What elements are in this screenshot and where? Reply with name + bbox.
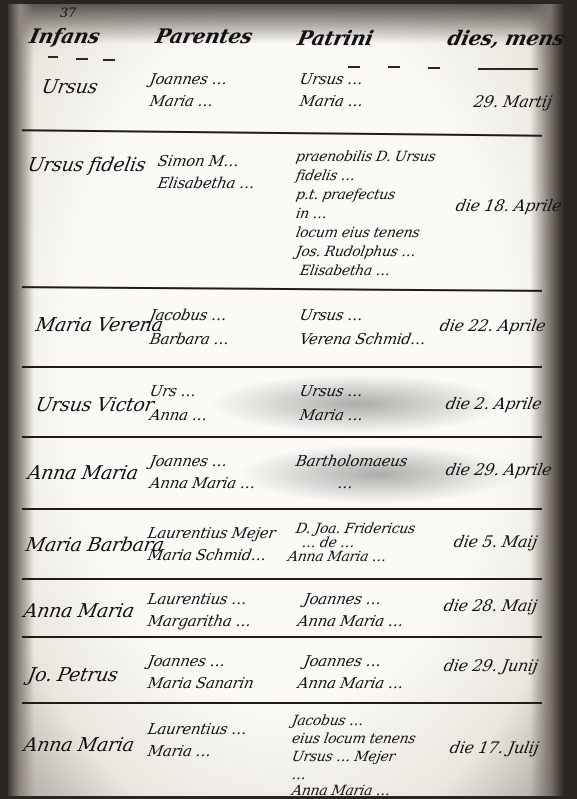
header-dash — [428, 67, 440, 69]
entry-divider — [22, 578, 542, 580]
entry-7-mother: Margaritha … — [146, 610, 253, 632]
entry-9-patrini-line-5: Anna Maria … — [290, 782, 391, 796]
entry-7-infans: Anna Maria — [22, 600, 136, 622]
entry-4-godfather: Ursus … — [298, 380, 364, 402]
entry-9-mother: Maria … — [146, 740, 213, 762]
entry-8-father: Joannes … — [146, 650, 227, 672]
header-parentes: Parentes — [153, 24, 254, 48]
entry-9-infans: Anna Maria — [22, 734, 136, 756]
entry-5-date: die 29. Aprile — [444, 460, 553, 479]
entry-9-father: Laurentius … — [146, 718, 249, 740]
entry-6-infans: Maria Barbara — [24, 534, 166, 556]
entry-divider — [22, 366, 542, 368]
entry-4-father: Urs … — [148, 380, 198, 402]
entry-2-patrini-line-7: Elisabetha … — [298, 262, 391, 281]
header-infans: Infans — [27, 24, 102, 48]
header-dash — [76, 58, 88, 60]
entry-8-godmother: Anna Maria … — [296, 672, 405, 694]
entry-4-mother: Anna … — [148, 404, 209, 426]
entry-divider — [22, 436, 542, 438]
entry-2-patrini-line-3: p.t. praefectus — [294, 186, 396, 205]
entry-8-godfather: Joannes … — [302, 650, 383, 672]
entry-9-patrini-line-3: Ursus … Mejer — [290, 748, 396, 767]
entry-3-godfather: Ursus … — [298, 304, 364, 326]
entry-8-infans: Jo. Petrus — [26, 664, 120, 686]
entry-divider — [22, 508, 542, 510]
entry-2-mother: Elisabetha … — [156, 172, 256, 194]
entry-6-patrini-line-3: Anna Maria … — [286, 548, 387, 567]
entry-9-patrini-line-2: eius locum tenens — [290, 730, 417, 749]
entry-divider — [22, 702, 542, 704]
entry-9-patrini-line-1: Jacobus … — [290, 712, 365, 731]
entry-6-father: Laurentius Mejer — [146, 522, 277, 544]
entry-1-date: 29. Martij — [472, 92, 553, 111]
entry-2-patrini-line-5: locum eius tenens — [294, 224, 421, 243]
header-rule — [478, 68, 538, 70]
header-dash — [388, 66, 400, 68]
entry-2-father: Simon M… — [156, 150, 241, 172]
entry-divider — [22, 286, 542, 292]
entry-1-mother: Maria … — [148, 90, 215, 112]
entry-8-date: die 29. Junij — [442, 656, 539, 675]
entry-5-father: Joannes … — [148, 450, 229, 472]
entry-8-mother: Maria Sanarin — [146, 672, 255, 694]
entry-2-patrini-line-2: fidelis … — [294, 167, 356, 186]
entry-6-mother: Maria Schmid… — [146, 544, 268, 566]
entry-3-infans: Maria Verena — [34, 314, 165, 336]
entry-7-father: Laurentius … — [146, 588, 249, 610]
entry-4-godmother: Maria … — [298, 404, 365, 426]
entry-2-date: die 18. Aprile — [454, 196, 563, 215]
entry-2-patrini-line-4: in … — [294, 205, 328, 224]
entry-4-date: die 2. Aprile — [444, 394, 543, 413]
entry-3-godmother: Verena Schmid… — [298, 328, 427, 350]
entry-1-father: Joannes … — [148, 68, 229, 90]
header-dash — [103, 59, 115, 61]
entry-4-infans: Ursus Victor — [34, 394, 155, 416]
entry-5-mother: Anna Maria … — [148, 472, 257, 494]
entry-1-godmother: Maria … — [298, 90, 365, 112]
entry-divider — [22, 129, 542, 136]
entry-5-godfather: Bartholomaeus — [294, 450, 409, 472]
entry-3-father: Jacobus … — [148, 304, 228, 326]
header-dies-mensis: dies, mensis — [445, 26, 564, 50]
entry-5-infans: Anna Maria — [26, 462, 140, 484]
entry-6-date: die 5. Maij — [452, 532, 538, 551]
entry-2-patrini-line-6: Jos. Rudolphus … — [294, 243, 417, 262]
entry-3-mother: Barbara … — [148, 328, 231, 350]
entry-2-patrini-line-1: praenobilis D. Ursus — [294, 148, 437, 167]
header-patrini: Patrini — [295, 26, 375, 50]
entry-2-infans: Ursus fidelis — [26, 154, 147, 176]
entry-3-date: die 22. Aprile — [438, 316, 547, 335]
entry-1-infans: Ursus — [40, 76, 99, 98]
page-number: 37 — [60, 6, 76, 21]
entry-7-godmother: Anna Maria … — [296, 610, 405, 632]
entry-9-date: die 17. Julij — [448, 738, 540, 757]
register-page: 37 Infans Parentes Patrini dies, mensis … — [8, 4, 564, 796]
entry-divider — [22, 636, 542, 638]
entry-7-date: die 28. Maij — [442, 596, 538, 615]
entry-1-godfather: Ursus … — [298, 68, 364, 90]
entry-7-godfather: Joannes … — [302, 588, 383, 610]
header-dash — [48, 56, 58, 58]
